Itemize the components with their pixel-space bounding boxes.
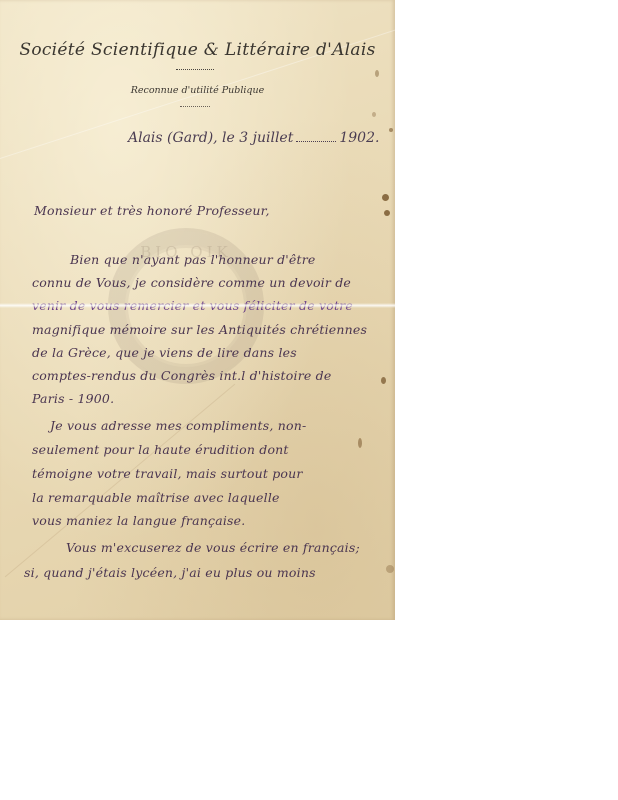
letterhead-recognition: Reconnue d'utilité Publique: [0, 85, 395, 96]
stain-spot: [382, 194, 389, 201]
body-line: témoigne votre travail, mais surtout pou…: [32, 466, 303, 481]
letter-page: ΒΙΟ ΟΙΚ Société Scientifique & Littérair…: [0, 0, 395, 620]
body-line: connu de Vous, je considère comme un dev…: [32, 275, 351, 290]
stain-spot: [372, 112, 376, 117]
body-line: Je vous adresse mes compliments, non-: [50, 418, 306, 433]
stain-spot: [389, 128, 393, 132]
dateline-dotted-fill: [296, 141, 336, 142]
body-line: Vous m'excuserez de vous écrire en franç…: [66, 540, 360, 555]
letterhead-society: Société Scientifique & Littéraire d'Alai…: [0, 40, 395, 60]
body-line: seulement pour la haute érudition dont: [32, 442, 289, 457]
body-line: comptes-rendus du Congrès int.l d'histoi…: [32, 368, 331, 383]
body-line: de la Grèce, que je viens de lire dans l…: [32, 345, 297, 360]
body-line: Bien que n'ayant pas l'honneur d'être: [70, 252, 316, 267]
letterhead-ornament: [180, 104, 210, 108]
stain-spot: [384, 210, 390, 216]
body-line: si, quand j'étais lycéen, j'ai eu plus o…: [24, 565, 316, 580]
salutation: Monsieur et très honoré Professeur,: [34, 203, 270, 218]
stain-spot: [386, 565, 394, 573]
body-line: la remarquable maîtrise avec laquelle: [32, 490, 280, 505]
stain-spot: [358, 438, 362, 448]
dateline-year: 1902.: [339, 130, 379, 146]
body-line: vous maniez la langue française.: [32, 513, 245, 528]
body-line: magnifique mémoire sur les Antiquités ch…: [32, 322, 367, 337]
letterhead-divider: [176, 69, 214, 70]
stain-spot: [375, 70, 379, 77]
dateline-day-month: 3 juillet: [239, 130, 293, 146]
dateline: Alais (Gard), le 3 juillet1902.: [128, 130, 368, 146]
dateline-place: Alais (Gard), le: [128, 130, 235, 146]
stain-spot: [381, 377, 386, 384]
body-line: Paris - 1900.: [32, 391, 114, 406]
fold-line: [0, 303, 395, 308]
